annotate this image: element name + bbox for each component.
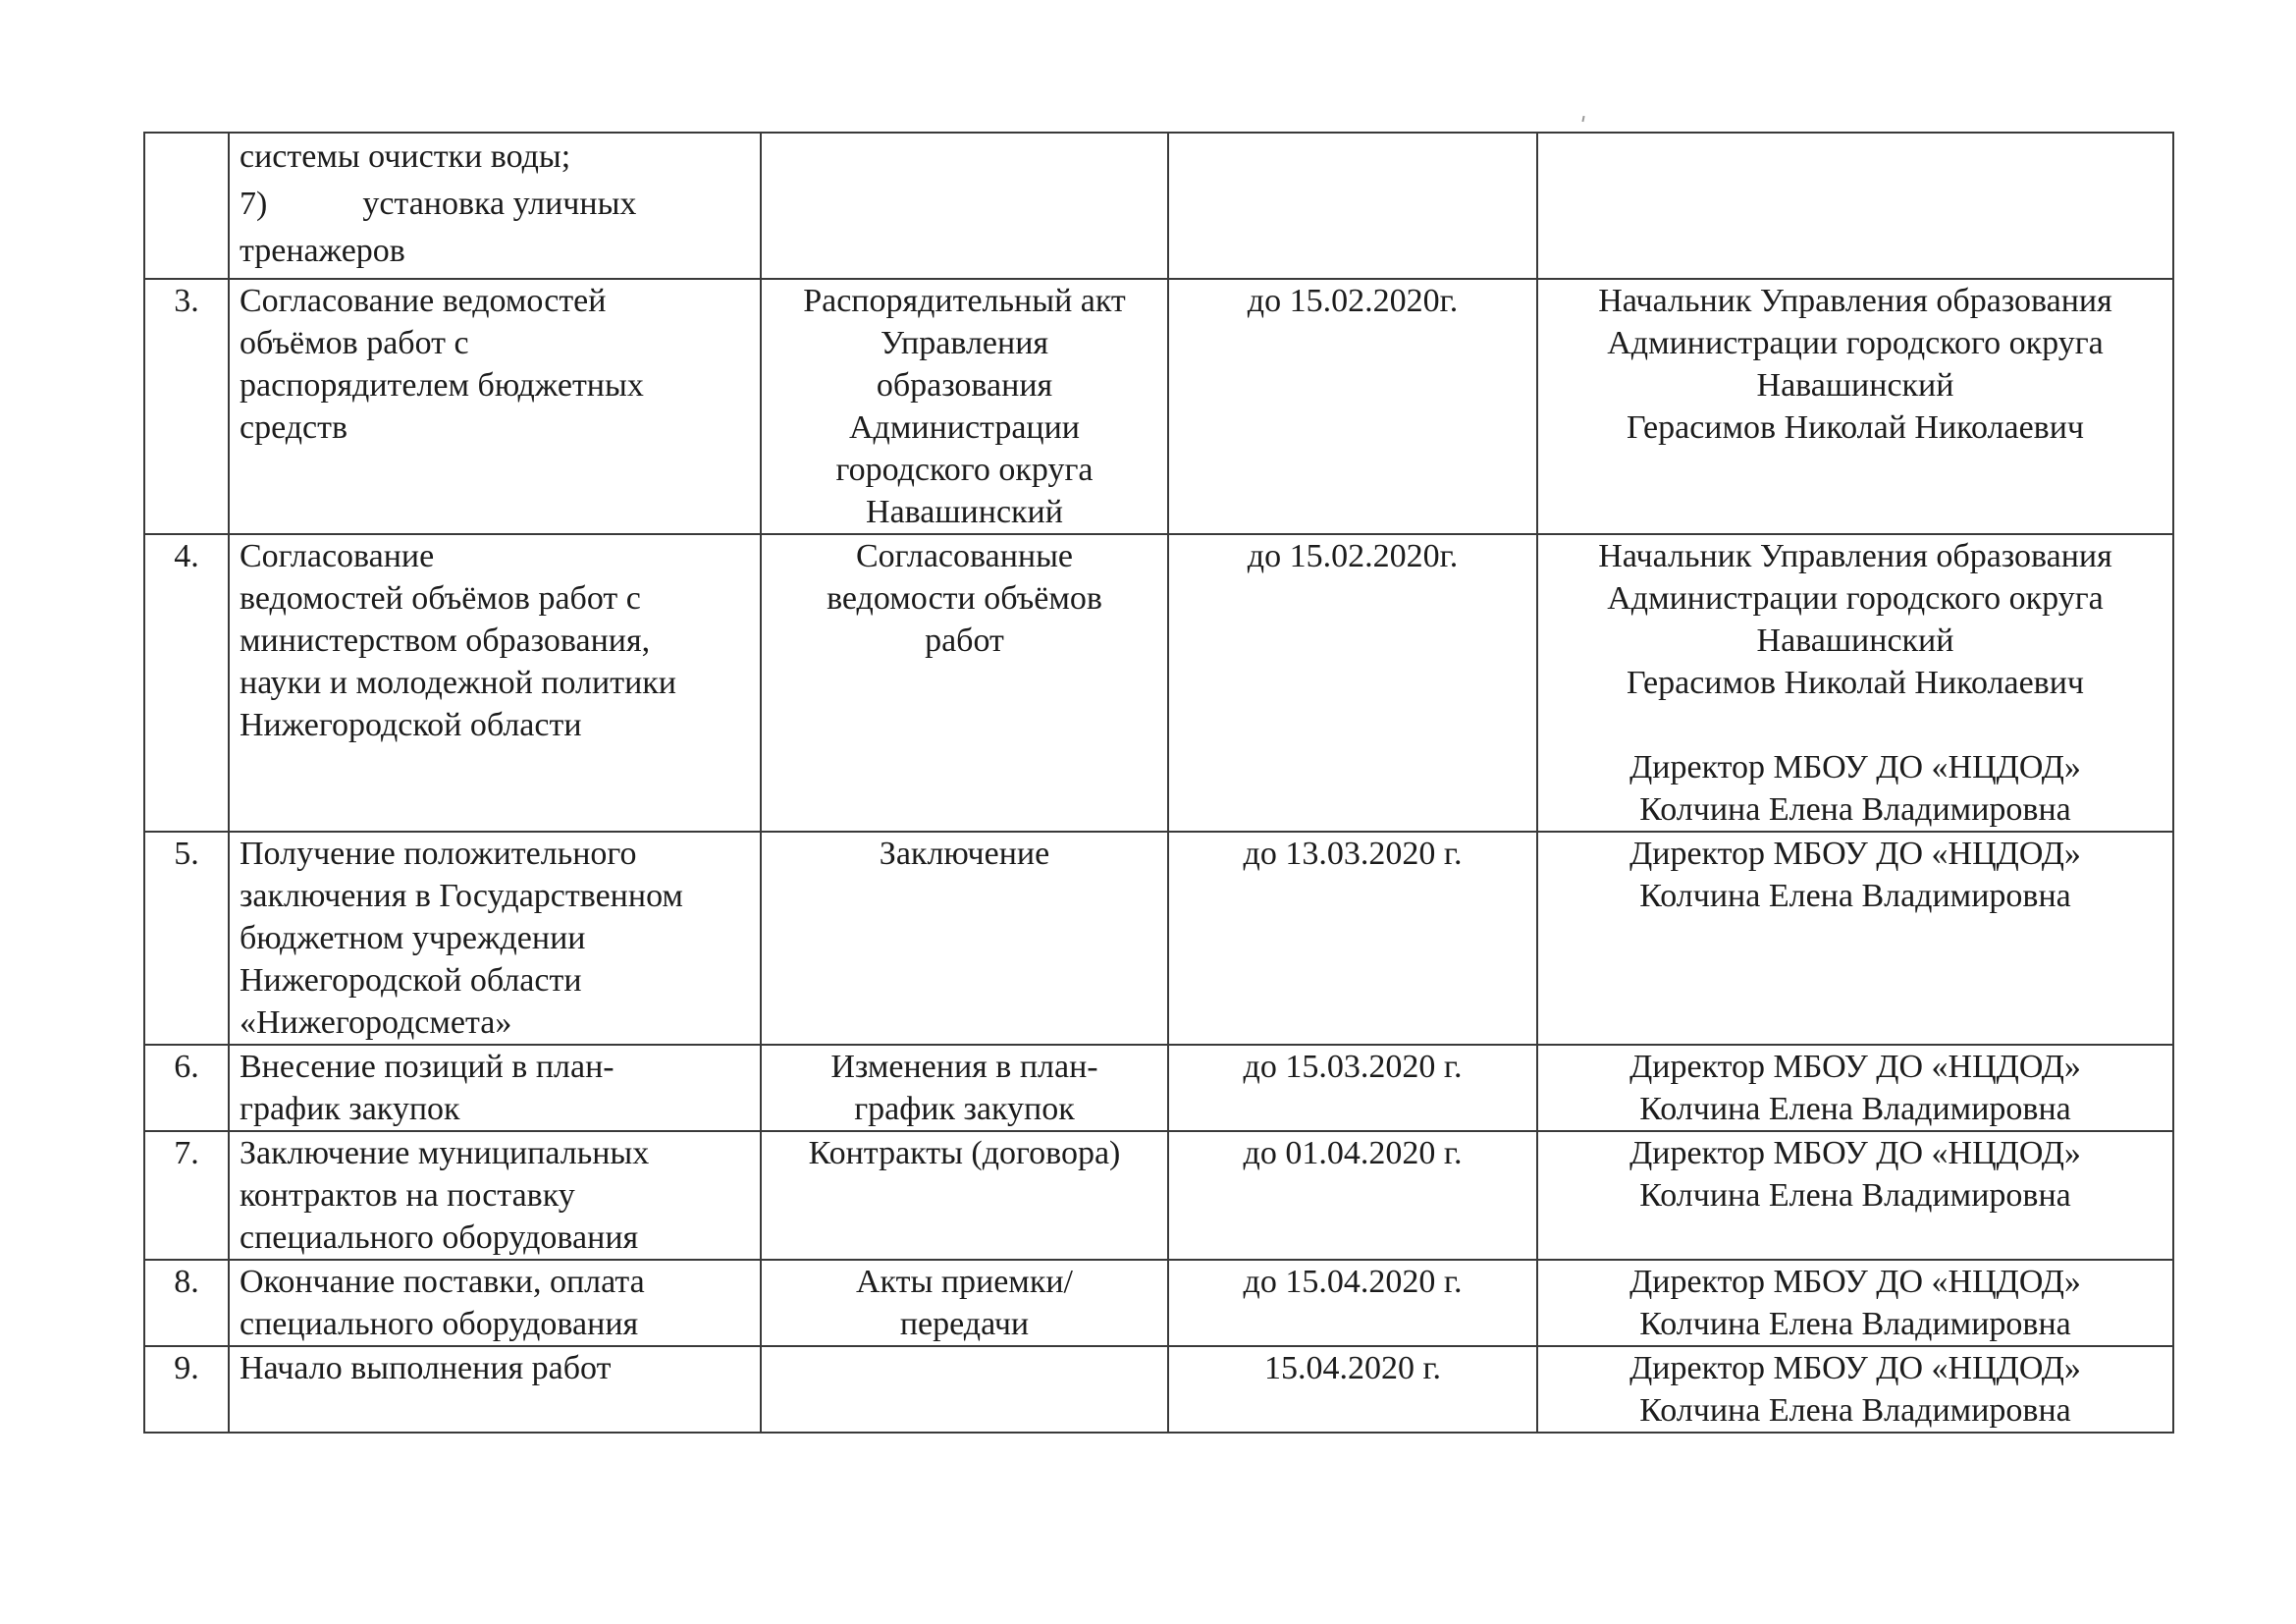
cell-line: Начало выполнения работ	[240, 1347, 750, 1389]
cell-line: Колчина Елена Владимировна	[1548, 1303, 2163, 1345]
document-cell: Акты приемки/передачи	[761, 1260, 1168, 1346]
cell-line: Согласованные	[772, 535, 1157, 577]
responsible-cell	[1537, 133, 2173, 279]
table-row: 9.Начало выполнения работ15.04.2020 г.Ди…	[144, 1346, 2173, 1433]
schedule-table: системы очистки воды;7)установка уличных…	[143, 132, 2174, 1434]
document-cell: Изменения в план-график закупок	[761, 1045, 1168, 1131]
cell-line: средств	[240, 406, 750, 449]
cell-line: передачи	[772, 1303, 1157, 1345]
activity-cell: Заключение муниципальныхконтрактов на по…	[229, 1131, 761, 1260]
cell-line: Директор МБОУ ДО «НЦДОД»	[1548, 746, 2163, 788]
activity-cell: Получение положительногозаключения в Гос…	[229, 832, 761, 1045]
cell-line: Колчина Елена Владимировна	[1548, 875, 2163, 917]
deadline-cell: до 13.03.2020 г.	[1168, 832, 1537, 1045]
deadline-cell: до 15.03.2020 г.	[1168, 1045, 1537, 1131]
schedule-table-body: системы очистки воды;7)установка уличных…	[144, 133, 2173, 1433]
row-number	[144, 133, 229, 279]
table-row: 8.Окончание поставки, оплатаспециального…	[144, 1260, 2173, 1346]
cell-line: Администрации городского округа	[1548, 322, 2163, 364]
cell-line: Окончание поставки, оплата	[240, 1261, 750, 1303]
cell-line: Директор МБОУ ДО «НЦДОД»	[1548, 833, 2163, 875]
cell-line: системы очистки воды;	[240, 134, 750, 181]
cell-line: бюджетном учреждении	[240, 917, 750, 959]
row-number: 8.	[144, 1260, 229, 1346]
cell-line: Директор МБОУ ДО «НЦДОД»	[1548, 1046, 2163, 1088]
cell-line: Акты приемки/	[772, 1261, 1157, 1303]
cell-line: городского округа	[772, 449, 1157, 491]
cell-line: Согласование ведомостей	[240, 280, 750, 322]
cell-line: специального оборудования	[240, 1217, 750, 1259]
cell-line: Получение положительного	[240, 833, 750, 875]
cell-line: Начальник Управления образования	[1548, 280, 2163, 322]
cell-line: Внесение позиций в план-	[240, 1046, 750, 1088]
row-number: 4.	[144, 534, 229, 832]
cell-line: Начальник Управления образования	[1548, 535, 2163, 577]
table-row: 4.Согласованиеведомостей объёмов работ с…	[144, 534, 2173, 832]
cell-line: Контракты (договора)	[772, 1132, 1157, 1174]
blank-line	[1548, 704, 2163, 746]
cell-line: Распорядительный акт	[772, 280, 1157, 322]
list-marker: 7)	[240, 186, 267, 222]
activity-cell: системы очистки воды;7)установка уличных…	[229, 133, 761, 279]
deadline-cell: до 01.04.2020 г.	[1168, 1131, 1537, 1260]
cell-line: Изменения в план-	[772, 1046, 1157, 1088]
cell-line: объёмов работ с	[240, 322, 750, 364]
cell-line: науки и молодежной политики	[240, 662, 750, 704]
cell-line: ведомости объёмов	[772, 577, 1157, 620]
table-row: 6.Внесение позиций в план-график закупок…	[144, 1045, 2173, 1131]
responsible-cell: Начальник Управления образованияАдминист…	[1537, 534, 2173, 832]
responsible-cell: Директор МБОУ ДО «НЦДОД»Колчина Елена Вл…	[1537, 1131, 2173, 1260]
list-item-text: установка уличных	[362, 186, 636, 222]
responsible-cell: Директор МБОУ ДО «НЦДОД»Колчина Елена Вл…	[1537, 1260, 2173, 1346]
activity-cell: Окончание поставки, оплатаспециального о…	[229, 1260, 761, 1346]
cell-line: Администрации городского округа	[1548, 577, 2163, 620]
cell-line: министерством образования,	[240, 620, 750, 662]
deadline-cell: до 15.04.2020 г.	[1168, 1260, 1537, 1346]
cell-line: Заключение муниципальных	[240, 1132, 750, 1174]
cell-line: Нижегородской области	[240, 704, 750, 746]
activity-cell: Согласование ведомостейобъёмов работ сра…	[229, 279, 761, 534]
document-page: системы очистки воды;7)установка уличных…	[0, 0, 2296, 1624]
cell-line: контрактов на поставку	[240, 1174, 750, 1217]
row-number: 7.	[144, 1131, 229, 1260]
cell-line: график закупок	[772, 1088, 1157, 1130]
document-cell: Контракты (договора)	[761, 1131, 1168, 1260]
cell-line: Колчина Елена Владимировна	[1548, 788, 2163, 831]
cell-line: работ	[772, 620, 1157, 662]
cell-line: Нижегородской области	[240, 959, 750, 1001]
cell-line: тренажеров	[240, 228, 750, 275]
document-cell: Распорядительный актУправленияобразовани…	[761, 279, 1168, 534]
deadline-cell: до 15.02.2020г.	[1168, 534, 1537, 832]
document-cell: Согласованныеведомости объёмовработ	[761, 534, 1168, 832]
row-number: 6.	[144, 1045, 229, 1131]
table-row: системы очистки воды;7)установка уличных…	[144, 133, 2173, 279]
responsible-cell: Директор МБОУ ДО «НЦДОД»Колчина Елена Вл…	[1537, 1346, 2173, 1433]
activity-cell: Согласованиеведомостей объёмов работ сми…	[229, 534, 761, 832]
deadline-cell	[1168, 133, 1537, 279]
scan-artifact	[1581, 116, 1584, 122]
cell-line: Навашинский	[772, 491, 1157, 533]
cell-line: образования	[772, 364, 1157, 406]
table-row: 7.Заключение муниципальныхконтрактов на …	[144, 1131, 2173, 1260]
cell-line: Согласование	[240, 535, 750, 577]
cell-line: ведомостей объёмов работ с	[240, 577, 750, 620]
responsible-cell: Начальник Управления образованияАдминист…	[1537, 279, 2173, 534]
document-cell	[761, 133, 1168, 279]
cell-line: «Нижегородсмета»	[240, 1001, 750, 1044]
cell-line: Администрации	[772, 406, 1157, 449]
cell-line: 7)установка уличных	[240, 181, 750, 228]
cell-line: Колчина Елена Владимировна	[1548, 1174, 2163, 1217]
row-number: 5.	[144, 832, 229, 1045]
document-cell	[761, 1346, 1168, 1433]
table-row: 3.Согласование ведомостейобъёмов работ с…	[144, 279, 2173, 534]
activity-cell: Начало выполнения работ	[229, 1346, 761, 1433]
activity-cell: Внесение позиций в план-график закупок	[229, 1045, 761, 1131]
row-number: 9.	[144, 1346, 229, 1433]
cell-line: Директор МБОУ ДО «НЦДОД»	[1548, 1132, 2163, 1174]
cell-line: Герасимов Николай Николаевич	[1548, 662, 2163, 704]
cell-line: Герасимов Николай Николаевич	[1548, 406, 2163, 449]
cell-line: заключения в Государственном	[240, 875, 750, 917]
cell-line: Навашинский	[1548, 364, 2163, 406]
cell-line: распорядителем бюджетных	[240, 364, 750, 406]
deadline-cell: до 15.02.2020г.	[1168, 279, 1537, 534]
cell-line: Колчина Елена Владимировна	[1548, 1389, 2163, 1432]
cell-line: Заключение	[772, 833, 1157, 875]
row-number: 3.	[144, 279, 229, 534]
cell-line: Директор МБОУ ДО «НЦДОД»	[1548, 1261, 2163, 1303]
cell-line: специального оборудования	[240, 1303, 750, 1345]
cell-line: Директор МБОУ ДО «НЦДОД»	[1548, 1347, 2163, 1389]
cell-line: Колчина Елена Владимировна	[1548, 1088, 2163, 1130]
deadline-cell: 15.04.2020 г.	[1168, 1346, 1537, 1433]
responsible-cell: Директор МБОУ ДО «НЦДОД»Колчина Елена Вл…	[1537, 1045, 2173, 1131]
responsible-cell: Директор МБОУ ДО «НЦДОД»Колчина Елена Вл…	[1537, 832, 2173, 1045]
cell-line: Управления	[772, 322, 1157, 364]
cell-line: Навашинский	[1548, 620, 2163, 662]
document-cell: Заключение	[761, 832, 1168, 1045]
table-row: 5.Получение положительногозаключения в Г…	[144, 832, 2173, 1045]
cell-line: график закупок	[240, 1088, 750, 1130]
